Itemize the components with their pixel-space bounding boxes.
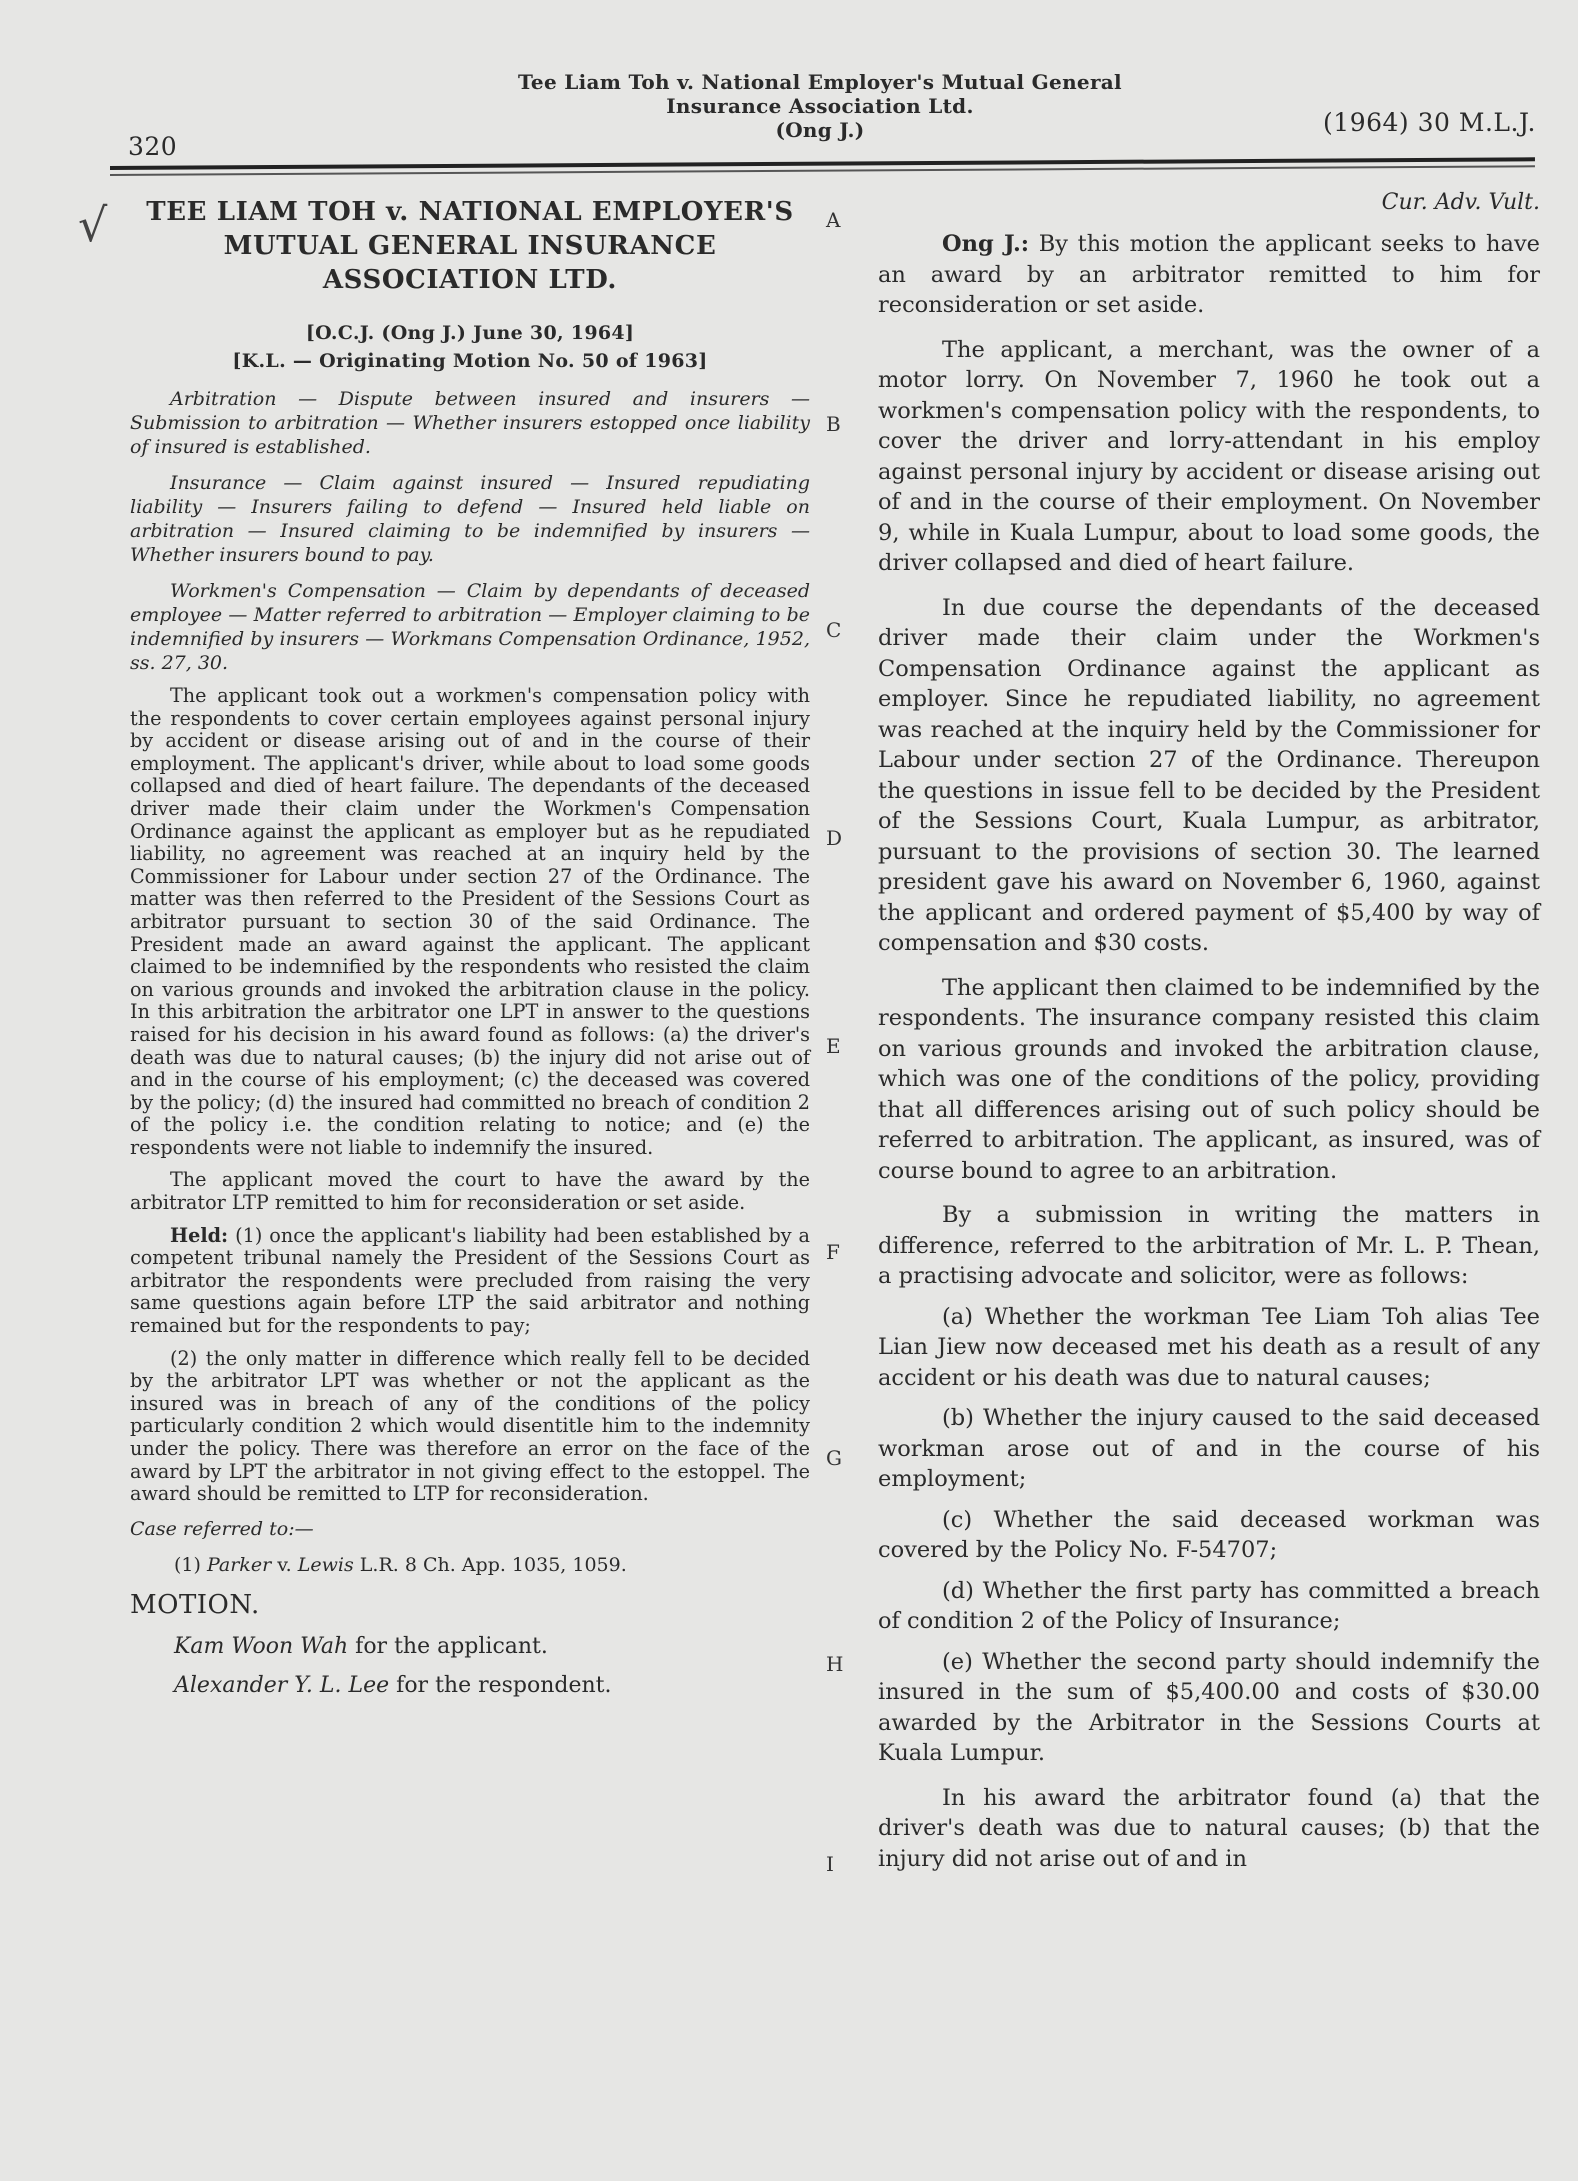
case-title: TEE LIAM TOH v. NATIONAL EMPLOYER'S MUTU… [130,195,810,297]
counsel-role: for the respondent. [396,1673,611,1698]
catchwords-insurance: Insurance — Claim against insured — Insu… [130,471,810,567]
left-column: TEE LIAM TOH v. NATIONAL EMPLOYER'S MUTU… [130,195,810,1698]
catchwords-arbitration: Arbitration — Dispute between insured an… [130,387,810,459]
held-point-1-text: (1) once the applicant's liability had b… [130,1224,810,1337]
check-mark-icon: √ [78,198,107,252]
cases-referred-heading: Case referred to:— [130,1518,810,1540]
running-title-line: Insurance Association Ltd. [440,94,1200,118]
counsel-name: Alexander Y. L. Lee [174,1673,389,1698]
case-party-b: Lewis [298,1554,354,1576]
margin-letter-f: F [826,1240,840,1264]
judgment-paragraph: By a submission in writing the matters i… [878,1200,1540,1292]
question-d: (d) Whether the first party has committe… [878,1576,1540,1637]
case-party-a: Parker [207,1554,271,1576]
held-label: Held: [170,1224,228,1247]
judgment-paragraph: The applicant then claimed to be indemni… [878,973,1540,1187]
catchwords-workmens-compensation: Workmen's Compensation — Claim by depend… [130,579,810,675]
counsel-name: Kam Woon Wah [174,1634,348,1659]
judge-label: Ong J.: [942,231,1029,257]
case-report: L.R. 8 Ch. App. 1035, 1059. [360,1554,627,1576]
cur-adv-vult: Cur. Adv. Vult. [878,190,1540,215]
counsel-role: for the applicant. [355,1634,548,1659]
margin-letter-a: A [826,208,840,232]
case-title-line: ASSOCIATION LTD. [130,263,810,297]
case-title-line: MUTUAL GENERAL INSURANCE [130,229,810,263]
question-b: (b) Whether the injury caused to the sai… [878,1403,1540,1495]
counsel-respondent: Alexander Y. L. Lee for the respondent. [174,1673,810,1698]
report-citation: (1964) 30 M.L.J. [1323,108,1536,137]
held-point-2: (2) the only matter in difference which … [130,1348,810,1506]
margin-letter-g: G [826,1446,842,1470]
margin-letter-c: C [826,618,841,642]
headnote-facts: The applicant took out a workmen's compe… [130,685,810,1159]
proceeding-type: MOTION. [130,1590,810,1620]
judgment-paragraph: The applicant, a merchant, was the owner… [878,335,1540,579]
running-title-line: (Ong J.) [440,118,1200,142]
headnote-motion: The applicant moved the court to have th… [130,1169,810,1214]
originating-motion-line: [K.L. — Originating Motion No. 50 of 196… [130,347,810,375]
running-title-line: Tee Liam Toh v. National Employer's Mutu… [440,70,1200,94]
question-c: (c) Whether the said deceased workman wa… [878,1505,1540,1566]
margin-letter-h: H [826,1652,843,1676]
judgment-opening: Ong J.: By this motion the applicant see… [878,229,1540,321]
held-point-1: Held: (1) once the applicant's liability… [130,1225,810,1338]
margin-letter-i: I [826,1852,834,1876]
margin-letter-b: B [826,412,841,436]
margin-letter-d: D [826,826,842,850]
page-number: 320 [128,132,177,161]
judgment-paragraph: In due course the dependants of the dece… [878,593,1540,959]
counsel-applicant: Kam Woon Wah for the applicant. [174,1634,810,1659]
court-date-line: [O.C.J. (Ong J.) June 30, 1964] [130,319,810,347]
question-a: (a) Whether the workman Tee Liam Toh ali… [878,1302,1540,1394]
case-ref-number: (1) [174,1554,201,1576]
running-title: Tee Liam Toh v. National Employer's Mutu… [440,70,1200,142]
law-report-page: 320 Tee Liam Toh v. National Employer's … [0,0,1578,2181]
judgment-paragraph-closing: In his award the arbitrator found (a) th… [878,1783,1540,1875]
case-title-line: TEE LIAM TOH v. NATIONAL EMPLOYER'S [130,195,810,229]
question-e: (e) Whether the second party should inde… [878,1647,1540,1769]
right-column: Cur. Adv. Vult. Ong J.: By this motion t… [878,190,1540,1874]
margin-letter-e: E [826,1034,841,1058]
case-versus: v. [277,1554,292,1576]
case-reference: (1) Parker v. Lewis L.R. 8 Ch. App. 1035… [174,1554,810,1576]
